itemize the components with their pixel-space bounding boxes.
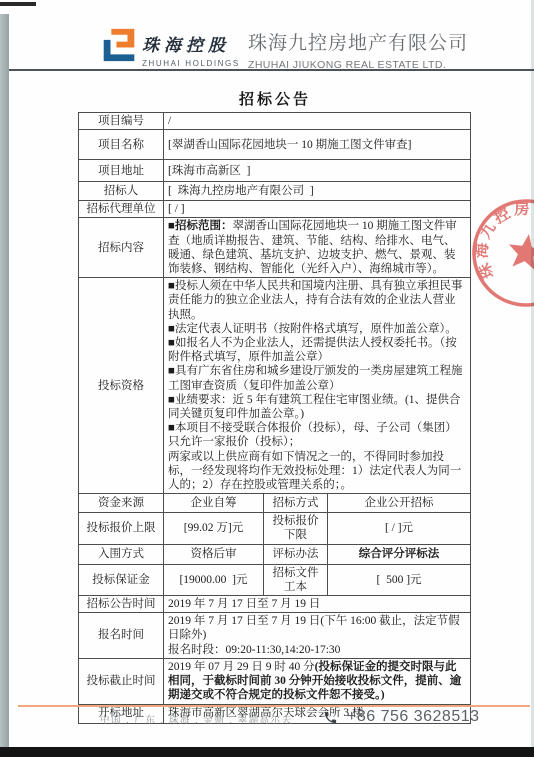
qualification-item: 两家或以上供应商有如下情况之一的，不得同时参加投标，一经发现将均作无效投标处理：… xyxy=(168,450,466,493)
price-cap-value: [99.02 万]元 xyxy=(164,513,264,544)
qualification-item: ■法定代表人证明书（按附件格式填写，原件加盖公章）。 xyxy=(168,322,466,336)
qualification-item: ■如报名人不为企业法人，还需提供法人授权委托书。（按附件格式填写，原件加盖公章） xyxy=(168,336,466,364)
bid-deposit-value: [19000.00 ]元 xyxy=(164,564,264,595)
table-row: 入围方式 资格后审 评标办法 综合评分评标法 xyxy=(79,544,471,564)
company-block: 珠海九控房地产有限公司 ZHUHAI JIUKONG REAL ESTATE L… xyxy=(248,28,468,71)
table-row: 项目名称 [翠湖香山国际花园地块一 10 期施工图文件审查] xyxy=(79,130,471,160)
scan-edge-left xyxy=(0,14,9,747)
row-label: 评标办法 xyxy=(264,544,328,564)
scan-edge-top-dash xyxy=(0,2,36,6)
row-label: 投标资格 xyxy=(79,278,164,494)
row-label: 投标报价上限 xyxy=(79,513,164,544)
evaluation-method-value: 综合评分评标法 xyxy=(328,544,471,564)
shortlist-method-value: 资格后审 xyxy=(164,544,264,564)
registration-line: 报名时段：09:20-11:30,14:20-17:30 xyxy=(168,643,466,657)
row-label: 资金来源 xyxy=(79,494,164,513)
header-divider xyxy=(9,69,534,71)
deadline-datetime: 2019 年 07 月 29 日 9 时 40 分 xyxy=(168,661,315,673)
row-label: 招标公告时间 xyxy=(79,596,164,613)
row-label: 报名时间 xyxy=(79,613,164,659)
project-name-value: [翠湖香山国际花园地块一 10 期施工图文件审查] xyxy=(164,130,471,160)
document-page: 珠海控股 ZHUHAI HOLDINGS 珠海九控房地产有限公司 ZHUHAI … xyxy=(0,0,534,757)
qualification-item: ■业绩要求：近 5 年有建筑工程住宅审图业绩。(1、提供合同关键页复印件加盖公章… xyxy=(168,393,466,421)
announce-time-value: 2019 年 7 月 17 日至 7 月 19 日 xyxy=(164,596,471,613)
table-row: 招标内容 ■招标范围：翠湖香山国际花园地块一 10 期施工图文件审查（地质详勘报… xyxy=(79,218,471,278)
row-label: 招标内容 xyxy=(79,218,164,278)
tender-method-value: 企业公开招标 xyxy=(328,494,471,513)
row-label: 投标截止时间 xyxy=(79,658,164,704)
project-addr-value: [珠海市高新区 ] xyxy=(164,160,471,182)
registration-line: 2019 年 7 月 17 日至 7 月 19 日(下午 16:00 截止，法定… xyxy=(168,614,466,642)
row-label: 招标文件工本 xyxy=(264,564,328,595)
phone-icon xyxy=(323,710,338,725)
tender-table: 项目编号 / 项目名称 [翠湖香山国际花园地块一 10 期施工图文件审查] 项目… xyxy=(78,112,471,724)
zhuhai-holdings-logo-icon xyxy=(102,26,136,64)
deadline-value: 2019 年 07 月 29 日 9 时 40 分(投标保证金的提交时限与此相同… xyxy=(164,658,471,704)
brand-name-cn: 珠海控股 xyxy=(142,31,240,56)
agency-value: [ / ] xyxy=(164,201,471,218)
row-label: 投标保证金 xyxy=(79,564,164,595)
seal-text: 珠海九控房地产 xyxy=(466,191,534,295)
table-row: 投标报价上限 [99.02 万]元 投标报价下限 [ / ]元 xyxy=(79,513,471,544)
table-row: 报名时间 2019 年 7 月 17 日至 7 月 19 日(下午 16:00 … xyxy=(79,613,471,659)
brand-name-en: ZHUHAI HOLDINGS xyxy=(142,59,240,68)
svg-text:珠海九控房地产: 珠海九控房地产 xyxy=(466,191,534,295)
row-label: 投标报价下限 xyxy=(264,513,328,544)
registration-time-value: 2019 年 7 月 17 日至 7 月 19 日(下午 16:00 截止，法定… xyxy=(164,613,471,659)
table-row: 投标保证金 [19000.00 ]元 招标文件工本 [ 500 ]元 xyxy=(79,564,471,595)
page-title: 招标公告 xyxy=(80,88,470,109)
tender-table-wrap: 项目编号 / 项目名称 [翠湖香山国际花园地块一 10 期施工图文件审查] 项目… xyxy=(78,112,470,724)
tender-content-value: ■招标范围：翠湖香山国际花园地块一 10 期施工图文件审查（地质详勘报告、建筑、… xyxy=(164,218,471,278)
project-no-value: / xyxy=(164,113,471,130)
qualification-value: ■投标人须在中华人民共和国境内注册、具有独立承担民事责任能力的独立企业法人，持有… xyxy=(164,278,471,494)
row-label: 入围方式 xyxy=(79,544,164,564)
row-label: 项目编号 xyxy=(79,113,164,130)
tenderee-value: [ 珠海九控房地产有限公司 ] xyxy=(164,182,471,201)
tender-scope-prefix: ■招标范围： xyxy=(168,220,232,232)
qualification-item: ■具有广东省住房和城乡建设厅颁发的一类房屋建筑工程施工图审查资质（复印件加盖公章… xyxy=(168,364,466,392)
table-row: 项目编号 / xyxy=(79,113,471,130)
brand-block: 珠海控股 ZHUHAI HOLDINGS xyxy=(142,31,240,68)
row-label: 招标代理单位 xyxy=(79,201,164,218)
company-name-cn: 珠海九控房地产有限公司 xyxy=(248,28,468,55)
row-label: 项目名称 xyxy=(79,130,164,160)
footer-address: 中国 . 广东 . 珠海 . 金鼎 . 翠湖高尔夫 xyxy=(100,712,293,726)
seal-star-icon xyxy=(506,231,534,271)
table-row: 投标资格 ■投标人须在中华人民共和国境内注册、具有独立承担民事责任能力的独立企业… xyxy=(79,278,471,494)
table-row: 招标代理单位 [ / ] xyxy=(79,201,471,218)
row-label: 招标方式 xyxy=(264,494,328,513)
table-row: 招标公告时间 2019 年 7 月 17 日至 7 月 19 日 xyxy=(79,596,471,613)
funding-source-value: 企业自筹 xyxy=(164,494,264,513)
table-row: 投标截止时间 2019 年 07 月 29 日 9 时 40 分(投标保证金的提… xyxy=(79,658,471,704)
scan-edge-bottom xyxy=(0,747,534,757)
qualification-item: ■本项目不接受联合体报价（投标），母、子公司（集团）只允许一家报价（投标）； xyxy=(168,421,466,449)
table-row: 项目地址 [珠海市高新区 ] xyxy=(79,160,471,182)
price-floor-value: [ / ]元 xyxy=(328,513,471,544)
footer-phone-number: +86 756 3628513 xyxy=(347,708,480,726)
table-row: 资金来源 企业自筹 招标方式 企业公开招标 xyxy=(79,494,471,513)
row-label: 招标人 xyxy=(79,182,164,201)
qualification-item: ■投标人须在中华人民共和国境内注册、具有独立承担民事责任能力的独立企业法人，持有… xyxy=(168,279,466,322)
row-label: 项目地址 xyxy=(79,160,164,182)
footer-divider xyxy=(18,705,530,707)
table-row: 招标人 [ 珠海九控房地产有限公司 ] xyxy=(79,182,471,201)
footer-phone-block: +86 756 3628513 xyxy=(323,708,480,726)
document-fee-value: [ 500 ]元 xyxy=(328,564,471,595)
